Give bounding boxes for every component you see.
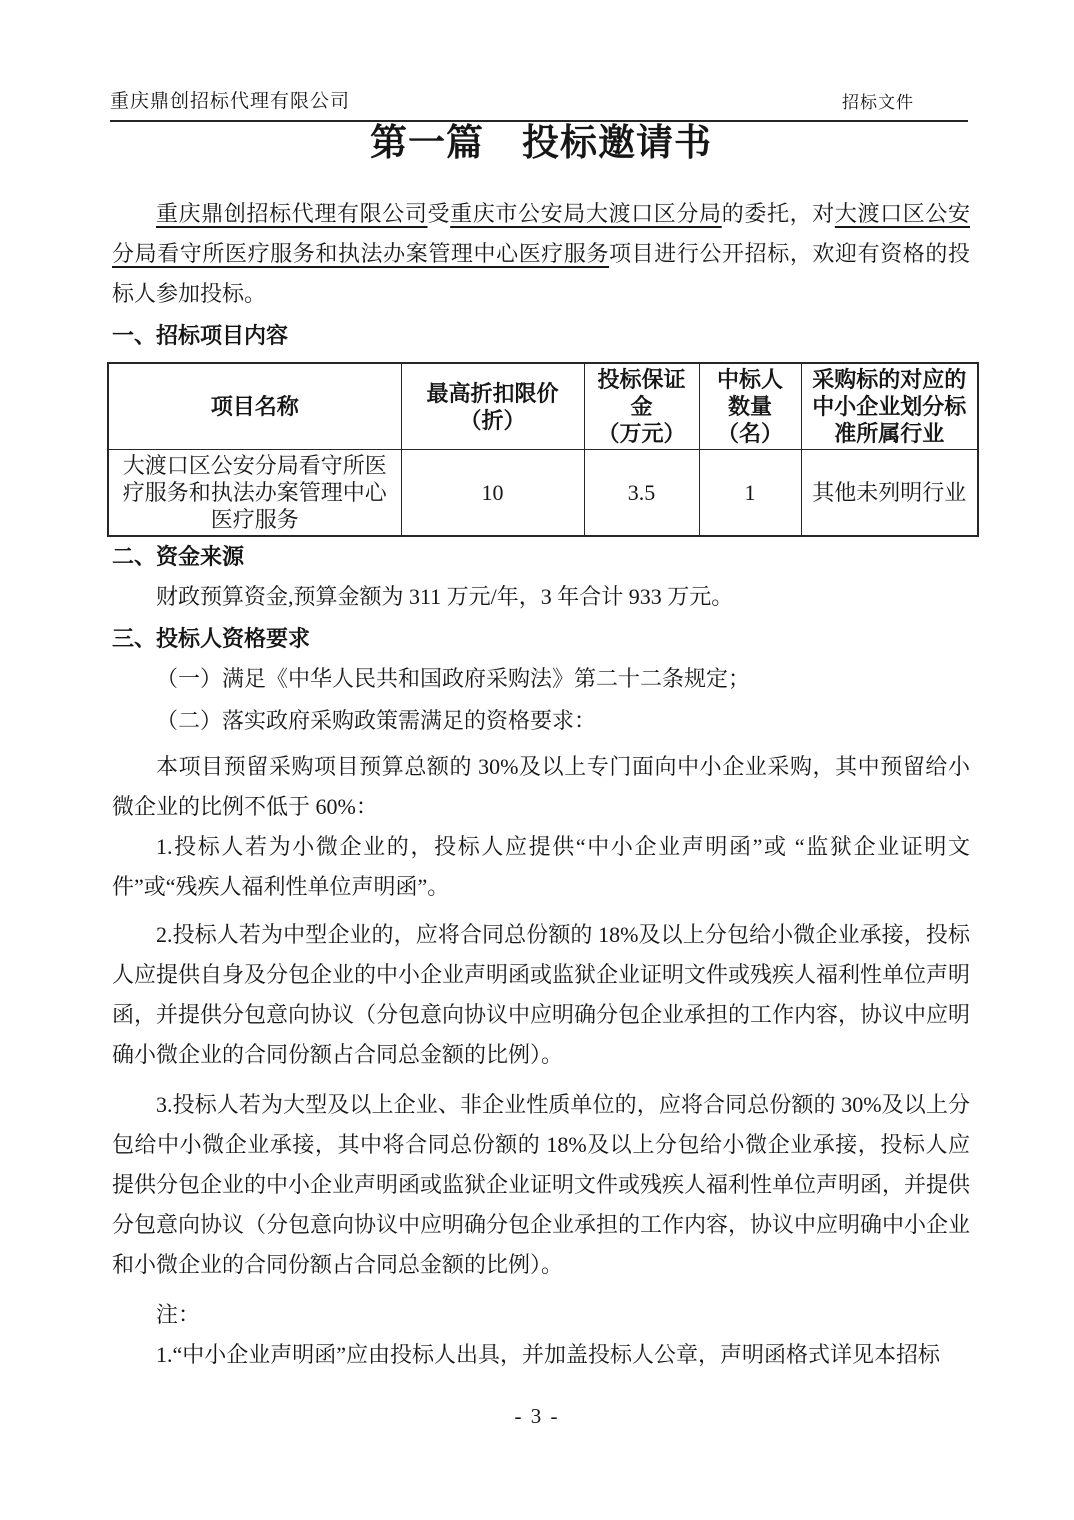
section-1-heading: 一、招标项目内容 [112,316,970,356]
cell-max-discount: 10 [401,450,584,537]
document-body: 第一篇 投标邀请书 重庆鼎创招标代理有限公司受重庆市公安局大渡口区分局的委托，对… [112,120,970,1375]
col-header-bid-bond: 投标保证 金 （万元） [584,363,699,450]
cell-industry: 其他未列明行业 [801,450,978,537]
qualification-item-1: （一）满足《中华人民共和国政府采购法》第二十二条规定； [112,659,970,699]
intro-paragraph: 重庆鼎创招标代理有限公司受重庆市公安局大渡口区分局的委托，对大渡口区公安分局看守… [112,194,970,314]
page-number: - 3 - [515,1404,560,1428]
intro-connector-2: 的委托，对 [722,201,835,226]
col-header-industry: 采购标的对应的 中小企业划分标 准所属行业 [801,363,978,450]
project-info-table: 项目名称 最高折扣限价 （折） 投标保证 金 （万元） 中标人 数量 （名） 采… [107,362,979,537]
note-item-1: 1.“中小企业声明函”应由投标人出具，并加盖投标人公章，声明函格式详见本招标 [112,1335,970,1375]
section-3-heading: 三、投标人资格要求 [112,619,970,659]
header-company-name: 重庆鼎创招标代理有限公司 [110,86,350,113]
col-header-max-discount: 最高折扣限价 （折） [401,363,584,450]
funding-source-paragraph: 财政预算资金,预算金额为 311 万元/年，3 年合计 933 万元。 [112,577,970,617]
cell-bid-bond: 3.5 [584,450,699,537]
cell-project-name: 大渡口区公安分局看守所医 疗服务和执法办案管理中心 医疗服务 [108,450,401,537]
col-header-winner-count: 中标人 数量 （名） [699,363,801,450]
page-footer: - 3 - [0,1404,1074,1429]
intro-agency-name: 重庆鼎创招标代理有限公司 [156,201,428,226]
qualification-item-2: （二）落实政府采购政策需满足的资格要求： [112,701,970,741]
large-enterprise-clause: 3.投标人若为大型及以上企业、非企业性质单位的，应将合同总份额的 30%及以上分… [112,1085,970,1285]
note-label: 注： [112,1295,970,1335]
small-micro-enterprise-clause: 1.投标人若为小微企业的，投标人应提供“中小企业声明函”或 “监狱企业证明文件”… [112,827,970,907]
document-page: 重庆鼎创招标代理有限公司 招标文件 第一篇 投标邀请书 重庆鼎创招标代理有限公司… [0,0,1074,1520]
table-header-row: 项目名称 最高折扣限价 （折） 投标保证 金 （万元） 中标人 数量 （名） 采… [108,363,978,450]
page-header: 重庆鼎创招标代理有限公司 招标文件 [110,86,968,122]
medium-enterprise-clause: 2.投标人若为中型企业的，应将合同总份额的 18%及以上分包给小微企业承接，投标… [112,915,970,1075]
table-row: 大渡口区公安分局看守所医 疗服务和执法办案管理中心 医疗服务 10 3.5 1 … [108,450,978,537]
header-doc-type: 招标文件 [842,88,914,113]
smb-reservation-paragraph: 本项目预留采购项目预算总额的 30%及以上专门面向中小企业采购，其中预留给小微企… [112,747,970,827]
page-title: 第一篇 投标邀请书 [112,120,970,168]
section-2-heading: 二、资金来源 [112,537,970,577]
col-header-project-name: 项目名称 [108,363,401,450]
cell-winner-count: 1 [699,450,801,537]
intro-connector-1: 受 [428,201,451,226]
intro-purchaser-name: 重庆市公安局大渡口区分局 [450,201,722,226]
